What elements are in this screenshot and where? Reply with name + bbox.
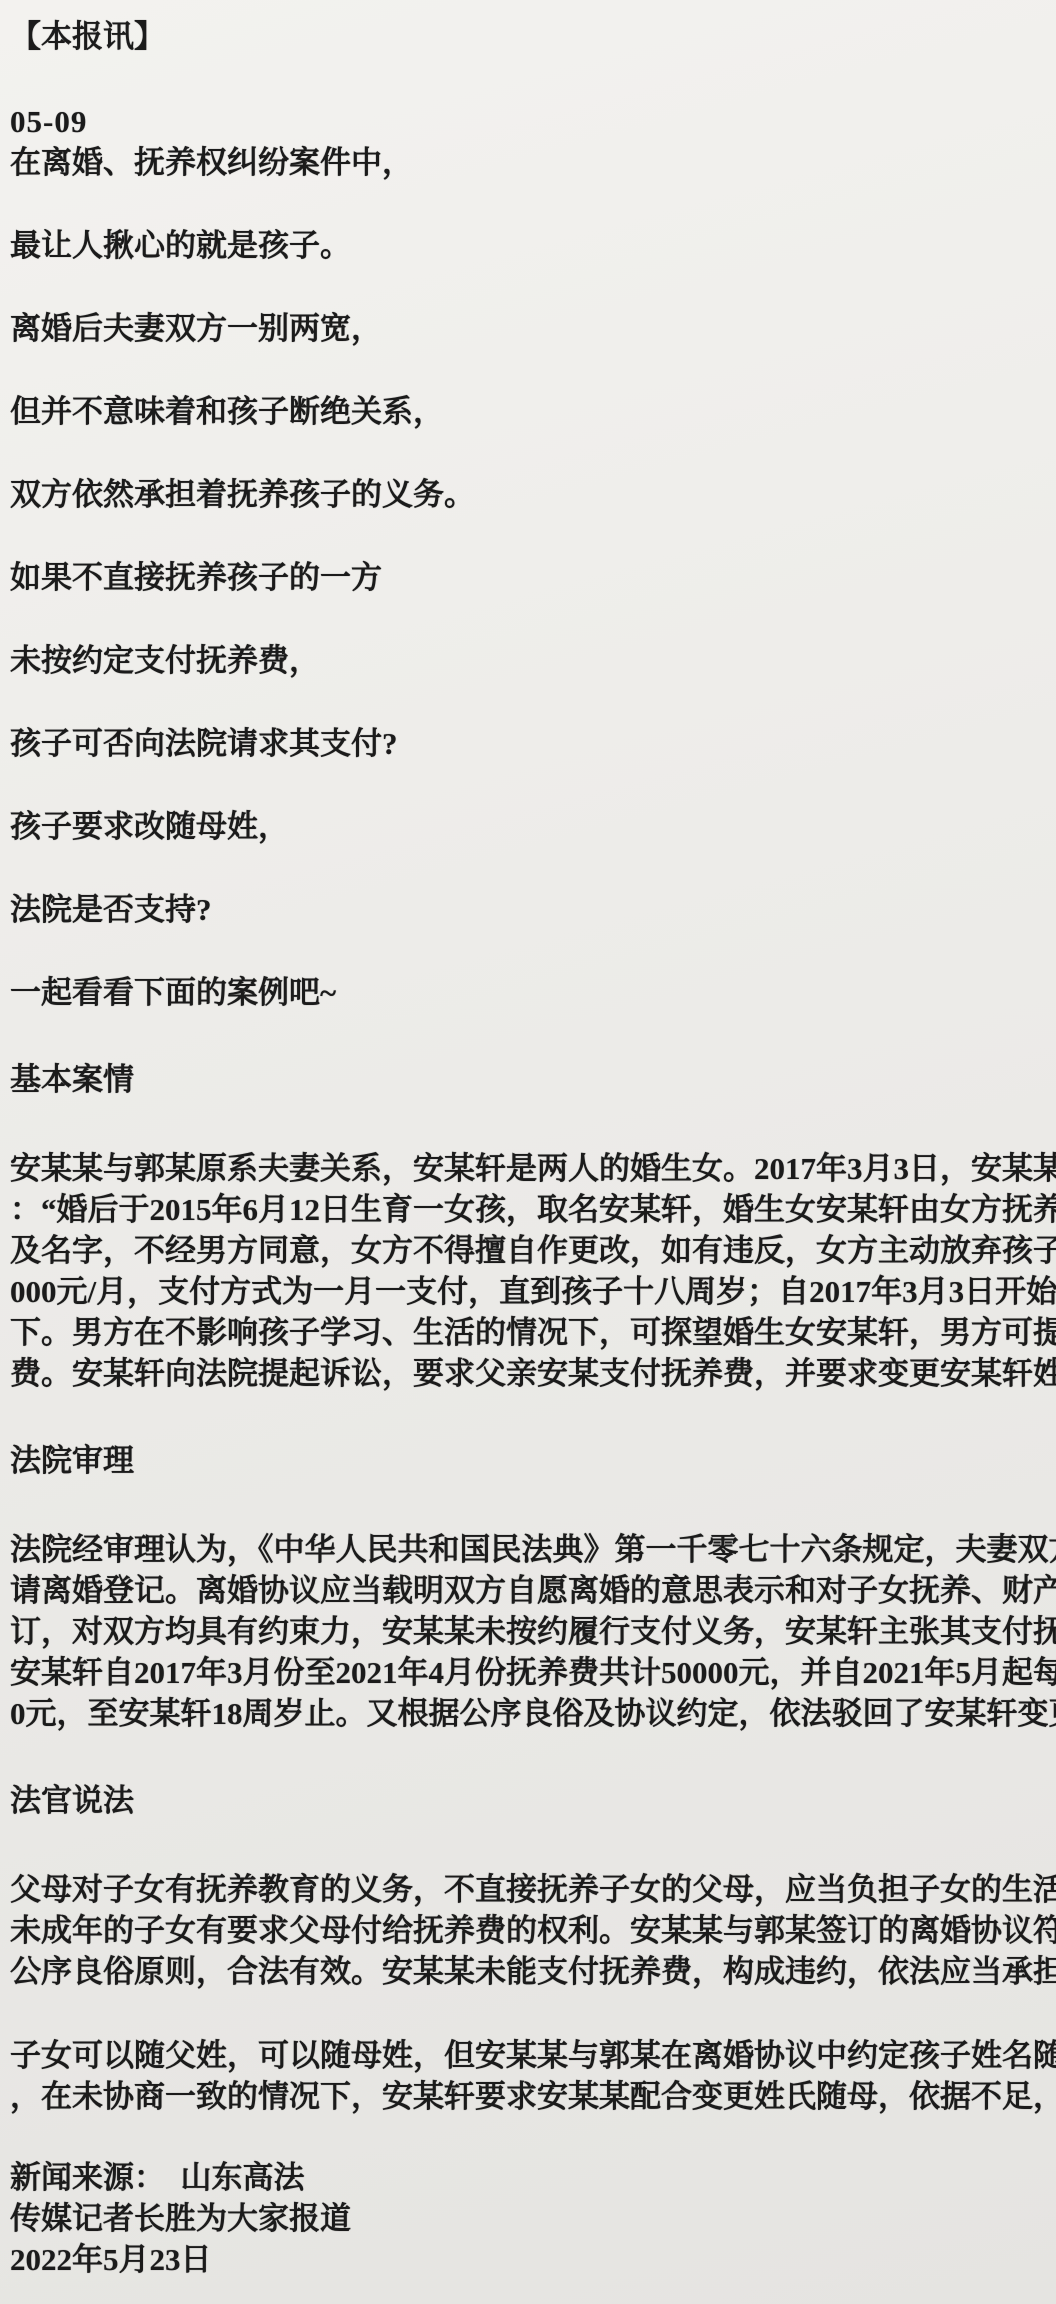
article-header: 【本报讯】 <box>10 16 1056 57</box>
text-line: 订，对双方均具有约束力，安某某未按约履行支付义务，安某轩主张其支付抚养 <box>10 1611 1056 1652</box>
article-photo: 【本报讯】 05-09 在离婚、抚养权纠纷案件中，最让人揪心的就是孩子。离婚后夫… <box>0 0 1056 2280</box>
text-line: 孩子要求改随母姓， <box>10 806 1056 847</box>
text-line: 新闻来源： 山东高法 <box>10 2157 1056 2198</box>
section-heading: 法院审理 <box>10 1440 1056 1481</box>
text-line: 未成年的子女有要求父母付给抚养费的权利。安某某与郭某签订的离婚协议符合 <box>10 1910 1056 1951</box>
text-line: 000元/月，支付方式为一月一支付，直到孩子十八周岁；自2017年3月3日开始支 <box>10 1271 1056 1312</box>
text-line: 下。男方在不影响孩子学习、生活的情况下，可探望婚生女安某轩，男方可提前 <box>10 1312 1056 1353</box>
text-line: 孩子可否向法院请求其支付? <box>10 723 1056 764</box>
text-line: 传媒记者长胜为大家报道 <box>10 2198 1056 2239</box>
text-line: 安某轩自2017年3月份至2021年4月份抚养费共计50000元，并自2021年… <box>10 1652 1056 1693</box>
section-heading: 法官说法 <box>10 1780 1056 1821</box>
text-line: 安某某与郭某原系夫妻关系，安某轩是两人的婚生女。2017年3月3日，安某某与郭某 <box>10 1148 1056 1189</box>
text-line: 法院是否支持? <box>10 889 1056 930</box>
text-line: 2022年5月23日 <box>10 2239 1056 2280</box>
paragraph: 安某某与郭某原系夫妻关系，安某轩是两人的婚生女。2017年3月3日，安某某与郭某… <box>10 1148 1056 1394</box>
paragraph: 法院经审理认为，《中华人民共和国民法典》第一千零七十六条规定，夫妻双方请离婚登记… <box>10 1529 1056 1734</box>
text-line: 子女可以随父姓，可以随母姓，但安某某与郭某在离婚协议中约定孩子姓名随父 <box>10 2035 1056 2076</box>
text-line: 如果不直接抚养孩子的一方 <box>10 557 1056 598</box>
date-label: 05-09 <box>10 101 1056 142</box>
text-line: 法院经审理认为，《中华人民共和国民法典》第一千零七十六条规定，夫妻双方 <box>10 1529 1056 1570</box>
text-line: 在离婚、抚养权纠纷案件中， <box>10 142 1056 183</box>
text-line: 未按约定支付抚养费， <box>10 640 1056 681</box>
paragraph: 父母对子女有抚养教育的义务，不直接抚养子女的父母，应当负担子女的生活费未成年的子… <box>10 1869 1056 1992</box>
text-line: 公序良俗原则，合法有效。安某某未能支付抚养费，构成违约，依法应当承担责 <box>10 1951 1056 1992</box>
text-line: 但并不意味着和孩子断绝关系， <box>10 391 1056 432</box>
intro-block: 在离婚、抚养权纠纷案件中，最让人揪心的就是孩子。离婚后夫妻双方一别两宽，但并不意… <box>10 142 1056 1013</box>
text-line: 0元，至安某轩18周岁止。又根据公序良俗及协议约定，依法驳回了安某轩变更 <box>10 1693 1056 1734</box>
text-line: 一起看看下面的案例吧~ <box>10 972 1056 1013</box>
section-heading: 基本案情 <box>10 1059 1056 1100</box>
text-line: 及名字，不经男方同意，女方不得擅自作更改，如有违反，女方主动放弃孩子抚 <box>10 1230 1056 1271</box>
text-line: ：“婚后于2015年6月12日生育一女孩，取名安某轩，婚生女安某轩由女方抚养，姓 <box>10 1189 1056 1230</box>
sections: 基本案情安某某与郭某原系夫妻关系，安某轩是两人的婚生女。2017年3月3日，安某… <box>10 1059 1056 2117</box>
text-line: 请离婚登记。离婚协议应当载明双方自愿离婚的意思表示和对子女抚养、财产分 <box>10 1570 1056 1611</box>
text-line: 父母对子女有抚养教育的义务，不直接抚养子女的父母，应当负担子女的生活费 <box>10 1869 1056 1910</box>
paragraph: 子女可以随父姓，可以随母姓，但安某某与郭某在离婚协议中约定孩子姓名随父，在未协商… <box>10 2035 1056 2117</box>
text-line: 离婚后夫妻双方一别两宽， <box>10 308 1056 349</box>
text-line: ，在未协商一致的情况下，安某轩要求安某某配合变更姓氏随母，依据不足，法 <box>10 2076 1056 2117</box>
text-line: 最让人揪心的就是孩子。 <box>10 225 1056 266</box>
text-line: 双方依然承担着抚养孩子的义务。 <box>10 474 1056 515</box>
text-line: 费。安某轩向法院提起诉讼，要求父亲安某支付抚养费，并要求变更安某轩姓名 <box>10 1353 1056 1394</box>
footer-block: 新闻来源： 山东高法传媒记者长胜为大家报道2022年5月23日 <box>10 2157 1056 2280</box>
